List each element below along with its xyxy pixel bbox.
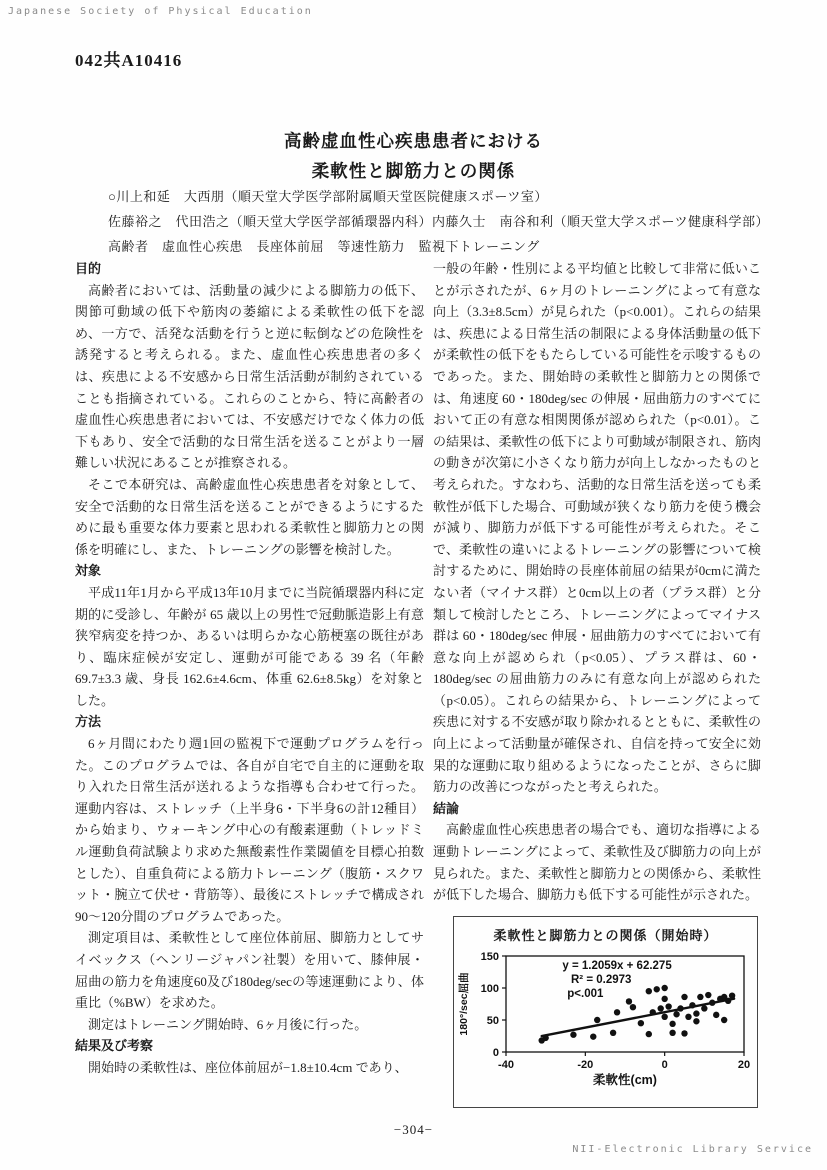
paragraph: 6ヶ月間にわたり週1回の監視下で運動プログラムを行った。このプログラムでは、各自… bbox=[75, 733, 424, 927]
paper-title: 高齢虚血性心疾患患者における 柔軟性と脚筋力との関係 bbox=[0, 126, 827, 186]
svg-text:p<.001: p<.001 bbox=[567, 988, 604, 1000]
svg-text:柔軟性(cm): 柔軟性(cm) bbox=[593, 1072, 657, 1087]
author-line-1: ○川上和延 大西朋（順天堂大学医学部附属順天堂医院健康スポーツ室） bbox=[108, 184, 768, 209]
paragraph: 高齢者においては、活動量の減少による脚筋力の低下、関節可動域の低下や筋肉の萎縮に… bbox=[75, 280, 424, 474]
left-column: 目的高齢者においては、活動量の減少による脚筋力の低下、関節可動域の低下や筋肉の萎… bbox=[75, 258, 424, 1079]
section-heading: 結論 bbox=[433, 798, 761, 820]
keywords-line: 高齢者 虚血性心疾患 長座体前屈 等速性筋力 監視下トレーニング bbox=[108, 234, 768, 259]
author-line-2: 佐藤裕之 代田浩之（順天堂大学医学部循環器内科）内藤久士 南谷和利（順天堂大学ス… bbox=[108, 209, 768, 234]
section-heading: 対象 bbox=[75, 560, 424, 582]
library-service-footer: NII-Electronic Library Service bbox=[572, 1144, 813, 1155]
section-heading: 目的 bbox=[75, 258, 424, 280]
body-columns: 目的高齢者においては、活動量の減少による脚筋力の低下、関節可動域の低下や筋肉の萎… bbox=[75, 258, 761, 1108]
svg-text:R² = 0.2973: R² = 0.2973 bbox=[571, 974, 631, 986]
right-column: 一般の年齢・性別による平均値と比較して非常に低いことが示されたが、6ヶ月のトレー… bbox=[433, 258, 761, 1108]
scatter-figure: 柔軟性と脚筋力との関係（開始時） 050100150-40-20020180°/… bbox=[453, 916, 758, 1108]
right-column-text: 一般の年齢・性別による平均値と比較して非常に低いことが示されたが、6ヶ月のトレー… bbox=[433, 258, 761, 906]
paragraph: そこで本研究は、高齢虚血性心疾患患者を対象として、安全で活動的な日常生活を送るこ… bbox=[75, 474, 424, 560]
svg-text:-20: -20 bbox=[577, 1059, 593, 1071]
paper-title-line1: 高齢虚血性心疾患患者における bbox=[0, 126, 827, 156]
paragraph: 開始時の柔軟性は、座位体前屈が−1.8±10.4cm であり、 bbox=[75, 1057, 424, 1079]
document-id: 042共A10416 bbox=[75, 46, 182, 71]
svg-text:-40: -40 bbox=[498, 1059, 514, 1071]
paragraph: 平成11年1月から平成13年10月までに当院循環器内科に定期的に受診し、年齢が … bbox=[75, 582, 424, 712]
svg-text:100: 100 bbox=[481, 983, 499, 995]
page-number: −304− bbox=[0, 1122, 827, 1138]
svg-text:50: 50 bbox=[487, 1015, 499, 1027]
scatter-chart: 050100150-40-20020180°/sec屈曲柔軟性(cm)y = 1… bbox=[456, 948, 754, 1098]
section-heading: 結果及び考察 bbox=[75, 1035, 424, 1057]
paragraph: 測定項目は、柔軟性として座位体前屈、脚筋力としてサイベックス（ヘンリージャパン社… bbox=[75, 927, 424, 1013]
svg-text:0: 0 bbox=[493, 1047, 499, 1059]
author-block: ○川上和延 大西朋（順天堂大学医学部附属順天堂医院健康スポーツ室） 佐藤裕之 代… bbox=[108, 184, 768, 259]
paper-page: Japanese Society of Physical Education 0… bbox=[0, 0, 827, 1170]
library-header-text: Japanese Society of Physical Education bbox=[8, 6, 313, 17]
paragraph: 高齢虚血性心疾患患者の場合でも、適切な指導による運動トレーニングによって、柔軟性… bbox=[433, 819, 761, 905]
paper-title-line2: 柔軟性と脚筋力との関係 bbox=[0, 156, 827, 186]
section-heading: 方法 bbox=[75, 711, 424, 733]
paragraph: 測定はトレーニング開始時、6ヶ月後に行った。 bbox=[75, 1014, 424, 1036]
paragraph: 一般の年齢・性別による平均値と比較して非常に低いことが示されたが、6ヶ月のトレー… bbox=[433, 258, 761, 798]
figure-title: 柔軟性と脚筋力との関係（開始時） bbox=[456, 925, 755, 947]
svg-text:0: 0 bbox=[662, 1059, 668, 1071]
svg-text:150: 150 bbox=[481, 951, 499, 963]
svg-text:y = 1.2059x + 62.275: y = 1.2059x + 62.275 bbox=[562, 960, 672, 972]
svg-text:20: 20 bbox=[738, 1059, 750, 1071]
svg-text:180°/sec屈曲: 180°/sec屈曲 bbox=[457, 972, 470, 1036]
